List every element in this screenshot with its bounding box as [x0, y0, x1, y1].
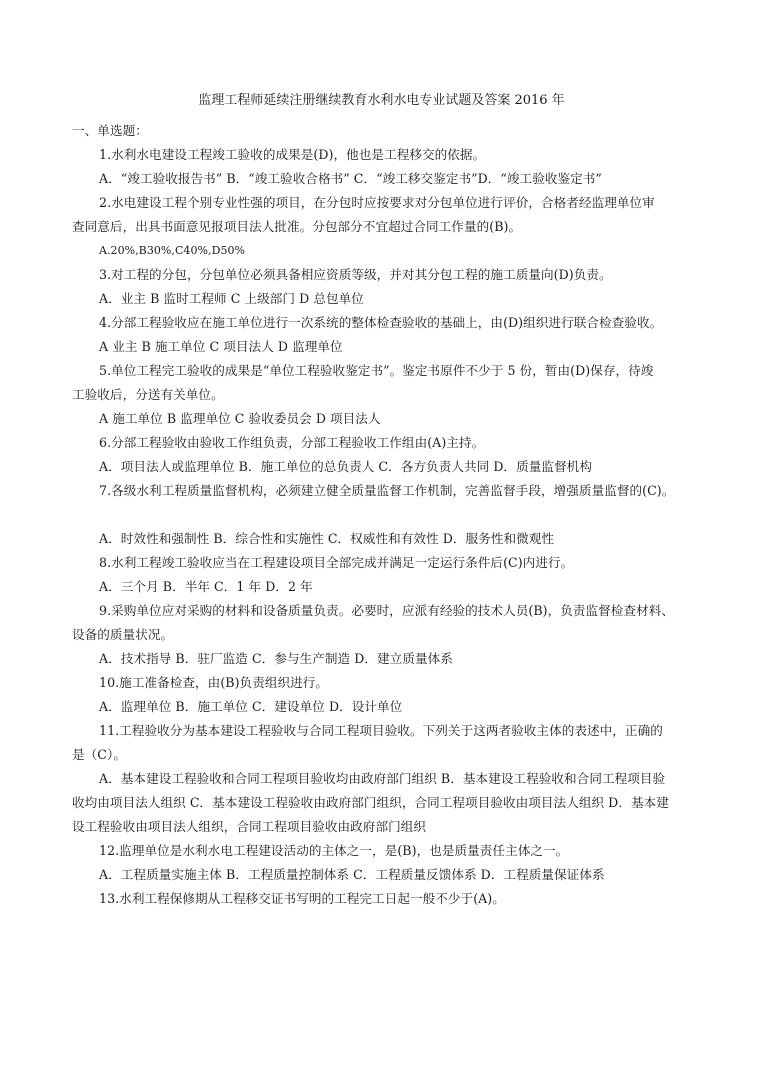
answer-options-line: A．“竣工验收报告书” B．“竣工验收合格书” C．“竣工移交鉴定书”D．“竣工…	[72, 167, 690, 191]
question-text-line: 5.单位工程完工验收的成果是“单位工程验收鉴定书”。鉴定书原件不少于 5 份，暂…	[72, 359, 690, 383]
question-text-line: 收均由项目法人组织 C．基本建设工程验收由政府部门组织，合同工程项目验收由项目法…	[72, 791, 690, 815]
question-text-line: 13.水利工程保修期从工程移交证书写明的工程完工日起一般不少于(A)。	[72, 887, 690, 911]
answer-options-line: A．三个月 B．半年 C．1 年 D．2 年	[72, 575, 690, 599]
answer-options-line: A.20%,B30%,C40%,D50%	[72, 239, 690, 263]
question-text-line: 工验收后，分送有关单位。	[72, 383, 690, 407]
answer-options-line: A．监理单位 B．施工单位 C．建设单位 D．设计单位	[72, 695, 690, 719]
question-text-line: 12.监理单位是水利水电工程建设活动的主体之一，是(B)，也是质量责任主体之一。	[72, 839, 690, 863]
answer-options-line: A．基本建设工程验收和合同工程项目验收均由政府部门组织 B．基本建设工程验收和合…	[72, 767, 690, 791]
answer-options-line: A．项目法人或监理单位 B．施工单位的总负责人 C．各方负责人共同 D．质量监督…	[72, 455, 690, 479]
question-text-line: 查同意后，出具书面意见报项目法人批准。分包部分不宜超过合同工作量的(B)。	[72, 215, 690, 239]
question-text-line: 8.水利工程竣工验收应当在工程建设项目全部完成并满足一定运行条件后(C)内进行。	[72, 551, 690, 575]
answer-options-line: A．技术指导 B．驻厂监造 C．参与生产制造 D．建立质量体系	[72, 647, 690, 671]
document-page: 监理工程师延续注册继续教育水利水电专业试题及答案 2016 年 一、单选题： 1…	[0, 0, 763, 1080]
question-list: 1.水利水电建设工程竣工验收的成果是(D)，他也是工程移交的依据。A．“竣工验收…	[72, 143, 690, 911]
question-text-line: 4.分部工程验收应在施工单位进行一次系统的整体检查验收的基础上，由(D)组织进行…	[72, 311, 690, 335]
question-text-line: 是（C）。	[72, 743, 690, 767]
blank-line	[72, 503, 690, 527]
question-text-line: 7.各级水利工程质量监督机构，必须建立健全质量监督工作机制，完善监督手段，增强质…	[72, 479, 690, 503]
document-body: 一、单选题： 1.水利水电建设工程竣工验收的成果是(D)，他也是工程移交的依据。…	[72, 119, 690, 911]
answer-options-line: A 业主 B 施工单位 C 项目法人 D 监理单位	[72, 335, 690, 359]
question-text-line: 1.水利水电建设工程竣工验收的成果是(D)，他也是工程移交的依据。	[72, 143, 690, 167]
answer-options-line: A．时效性和强制性 B．综合性和实施性 C．权威性和有效性 D．服务性和微观性	[72, 527, 690, 551]
question-text-line: 2.水电建设工程个别专业性强的项目，在分包时应按要求对分包单位进行评价，合格者经…	[72, 191, 690, 215]
document-title: 监理工程师延续注册继续教育水利水电专业试题及答案 2016 年	[0, 92, 763, 110]
question-text-line: 设工程验收由项目法人组织，合同工程项目验收由政府部门组织	[72, 815, 690, 839]
question-text-line: 10.施工准备检查，由(B)负责组织进行。	[72, 671, 690, 695]
answer-options-line: A．工程质量实施主体 B．工程质量控制体系 C．工程质量反馈体系 D．工程质量保…	[72, 863, 690, 887]
question-text-line: 9.采购单位应对采购的材料和设备质量负责。必要时，应派有经验的技术人员(B)，负…	[72, 599, 690, 623]
answer-options-line: A．业主 B 监时工程师 C 上级部门 D 总包单位	[72, 287, 690, 311]
question-text-line: 6.分部工程验收由验收工作组负责，分部工程验收工作组由(A)主持。	[72, 431, 690, 455]
question-text-line: 设备的质量状况。	[72, 623, 690, 647]
question-text-line: 3.对工程的分包，分包单位必须具备相应资质等级，并对其分包工程的施工质量向(D)…	[72, 263, 690, 287]
answer-options-line: A 施工单位 B 监理单位 C 验收委员会 D 项目法人	[72, 407, 690, 431]
question-text-line: 11.工程验收分为基本建设工程验收与合同工程项目验收。下列关于这两者验收主体的表…	[72, 719, 690, 743]
section-heading: 一、单选题：	[72, 119, 690, 143]
